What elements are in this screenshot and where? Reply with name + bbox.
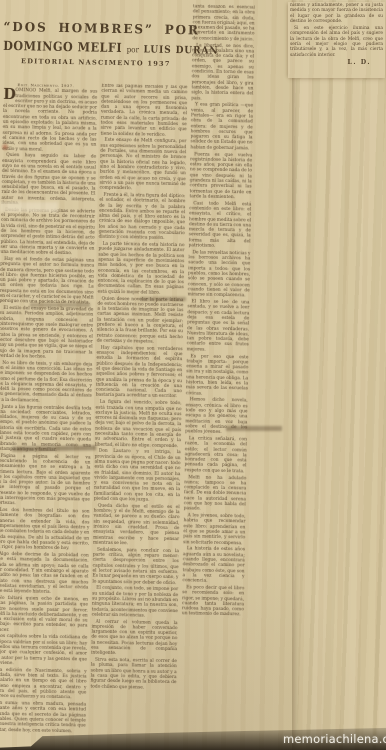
paragraph: Hemos dicho novela, ensayo, crónica: el … [185,398,248,436]
paragraph: Sirva esta nota, escrita al correr de la… [90,658,177,691]
paragraph: Casi todo Melfi está contenido en este l… [188,201,251,250]
paragraph: Fuerza es que vuelva registrándose la hi… [189,152,252,201]
scanned-press-clipping-page: “DOS HOMBRES” POR DOMINGO MELFI por LUIS… [0,0,386,750]
headline-byline: DOMINGO MELFI por LUIS DURAN [3,35,171,57]
paragraph: tanta desazón es esencial del pensamient… [192,4,255,42]
paragraph: Es poco decir que el libro se recomienda… [182,585,245,618]
clipping-rotation-wrapper: “DOS HOMBRES” POR DOMINGO MELFI por LUIS… [0,0,292,750]
paragraph: El estilo del ensayo tiene la gravedad d… [0,306,93,361]
article-headline: “DOS HOMBRES” POR DOMINGO MELFI por LUIS… [3,19,190,68]
paragraph: Hay en el fondo de estas páginas una pre… [0,257,94,306]
paragraph: Algo debe decirse de la probidad con que… [0,552,89,596]
paragraph: De las revueltas noticias y los borrosos… [188,250,251,299]
album-page-margin [290,0,386,750]
paragraph: Señalemos, para concluir con la parte cr… [92,547,179,586]
column-3-paragraphs: tanta desazón es esencial del pensamient… [182,4,255,618]
paragraph: La parte técnica de esta historia no pue… [98,242,185,297]
reviewer-initials-signature: L. D. [290,60,383,65]
newspaper-clipping: “DOS HOMBRES” POR DOMINGO MELFI por LUIS… [0,0,292,750]
paragraph: nismos y atinadamente, poner a su justa … [290,3,383,24]
article-ending-fragment: nismos y atinadamente, poner a su justa … [288,2,385,78]
paragraph: Página a página el lector va descubriend… [0,453,91,508]
article-column-1: Edit. Nascimento. 1937. D OMINGO Melfi, … [0,82,97,750]
paragraph: Entre las páginas iniciales y las que ci… [101,84,188,139]
paragraph: En suma: una obra madura, pensada durant… [0,701,86,734]
paragraph: La historia de estos años aguarda aún a … [182,547,245,585]
paragraph: Melfi no ha adulado nunca; tampoco se ha… [184,475,247,513]
headline-book-author: DOMINGO MELFI [3,38,122,55]
article-column-3: tanta desazón es esencial del pensamient… [179,4,255,750]
paragraph: Es por eso que este trabajo importa: por… [186,354,249,398]
paragraph: Al cerrar el volumen queda la impresión … [91,619,178,658]
paragraph: Quien desee novelar la parte íntima de e… [97,296,184,345]
column-1-paragraphs: OMINGO Melfi, al margen de sus tradicion… [0,88,97,734]
paragraph: La figura del vencido, sobre todo, está … [95,400,182,449]
paragraph: A los jóvenes, sobre todo, habría que re… [183,513,246,546]
headline-por: por [127,45,140,54]
paragraph: Junto a las figuras centrales desfila to… [0,404,92,453]
paragraph: Hay capítulos que son verdaderos ensayos… [96,345,183,400]
paragraph: Frente a él, la otra figura del díptico:… [99,193,186,242]
headline-imprint: EDITORIAL NASCIMENTO 1937 [3,57,189,68]
paragraph: El conjunto, con todo, se impone por su … [92,586,179,619]
ending-paragraphs: nismos y atinadamente, poner a su justa … [290,3,383,58]
article-column-2: Entre las páginas iniciales y las que ci… [89,84,187,750]
paragraph: Los dos hombres del título no son solame… [0,508,90,552]
paragraph: No es libro de tesis, y sin embargo deja… [0,360,92,404]
paragraph: Don Lautaro y su intriga, la provincia d… [94,449,181,504]
paragraph: La crítica señalará, con razón, la econo… [184,436,247,474]
paragraph: No faltará quien eche de menos, en estas… [0,596,88,635]
paragraph: Queda dicho que el estilo es el hombre; … [93,503,180,547]
paragraph: Y esa gran política —que venía, al parec… [190,103,253,152]
paragraph: Quien haya seguido su labor de ensayista… [1,153,96,208]
drop-cap-letter: D [3,89,14,101]
paragraph: El libro se lee de una sentada, y se vue… [187,299,250,353]
memoriachilena-watermark: memoriachilena.cl [283,732,386,746]
paragraph: OMINGO Melfi, al margen de sus tradicion… [2,88,97,153]
paragraph: Los capítulos sobre la vida cotidiana de… [0,634,87,667]
paragraph: Desde las primeras páginas se advierte e… [0,208,95,257]
paragraph: Si en este ejercicio ilumina una compren… [290,26,383,58]
paragraph: La edición de Nascimento, sobria y cuida… [0,668,87,701]
paragraph: La libertad, se nos dice, no es una pala… [191,43,254,102]
column-2-paragraphs: Entre las páginas iniciales y las que ci… [90,84,187,691]
paragraph: Este ensayo de Melfi configura, por sus … [100,138,187,193]
